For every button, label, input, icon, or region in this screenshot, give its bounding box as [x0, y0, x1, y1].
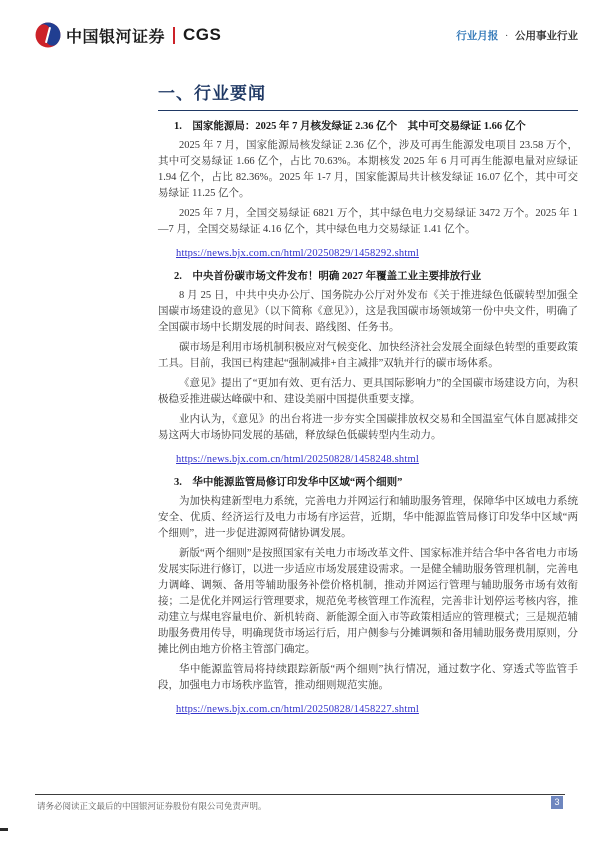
page-number-badge: 3	[551, 796, 563, 809]
footer-disclaimer: 请务必阅读正文最后的中国银河证券股份有限公司免责声明。	[37, 800, 267, 812]
page-header: 中国银河证券 CGS 行业月报 · 公用事业行业	[35, 20, 578, 50]
news-item-2-paragraph: 碳市场是利用市场机制积极应对气候变化、加快经济社会发展全面绿色转型的重要政策工具…	[158, 340, 578, 372]
news-item-1-heading: 1. 国家能源局：2025 年 7 月核发绿证 2.36 亿个 其中可交易绿证 …	[158, 120, 578, 134]
logo-divider-bar	[173, 27, 175, 44]
section-divider	[158, 110, 578, 111]
galaxy-swirl-icon	[35, 22, 61, 48]
header-separator: ·	[505, 31, 509, 42]
logo-abbreviation: CGS	[183, 25, 221, 45]
news-item-2-paragraph: 8 月 25 日，中共中央办公厅、国务院办公厅对外发布《关于推进绿色低碳转型加强…	[158, 288, 578, 336]
news-item-2-paragraph: 《意见》提出了“更加有效、更有活力、更具国际影响力”的全国碳市场建设方向，为积极…	[158, 376, 578, 408]
news-item-2-heading: 2. 中央首份碳市场文件发布！明确 2027 年覆盖工业主要排放行业	[158, 270, 578, 284]
news-item-3-paragraph: 华中能源监管局将持续跟踪新版“两个细则”执行情况，通过数字化、穿透式等监管手段，…	[158, 662, 578, 694]
footer-divider	[35, 794, 565, 795]
company-logo: 中国银河证券 CGS	[35, 22, 221, 48]
news-item-3-heading: 3. 华中能源监管局修订印发华中区域“两个细则”	[158, 476, 578, 490]
logo-company-name: 中国银河证券	[66, 24, 165, 47]
news-item-1-paragraph: 2025 年 7 月，全国交易绿证 6821 万个，其中绿色电力交易绿证 347…	[158, 206, 578, 238]
news-item-1-source-link[interactable]: https://news.bjx.com.cn/html/20250829/14…	[158, 247, 578, 261]
left-edge-crop-mark	[0, 828, 8, 831]
news-item-1-paragraph: 2025 年 7 月，国家能源局核发绿证 2.36 亿个，涉及可再生能源发电项目…	[158, 138, 578, 202]
news-item-3-paragraph: 为加快构建新型电力系统，完善电力并网运行和辅助服务管理，保障华中区域电力系统安全…	[158, 494, 578, 542]
report-page: 中国银河证券 CGS 行业月报 · 公用事业行业 一、行业要闻 1. 国家能源局…	[0, 0, 595, 841]
section-title: 一、行业要闻	[158, 84, 578, 104]
news-item-3-paragraph: 新版“两个细则”是按照国家有关电力市场改革文件、国家标准并结合华中各省电力市场发…	[158, 546, 578, 658]
news-item-2-source-link[interactable]: https://news.bjx.com.cn/html/20250828/14…	[158, 453, 578, 467]
news-item-3-source-link[interactable]: https://news.bjx.com.cn/html/20250828/14…	[158, 703, 578, 717]
report-body: 一、行业要闻 1. 国家能源局：2025 年 7 月核发绿证 2.36 亿个 其…	[158, 84, 578, 717]
industry-label: 公用事业行业	[515, 31, 578, 42]
news-item-2-paragraph: 业内认为，《意见》的出台将进一步夯实全国碳排放权交易和全国温室气体自愿减排交易这…	[158, 412, 578, 444]
report-type-label: 行业月报	[456, 31, 498, 42]
report-category: 行业月报 · 公用事业行业	[456, 28, 578, 43]
